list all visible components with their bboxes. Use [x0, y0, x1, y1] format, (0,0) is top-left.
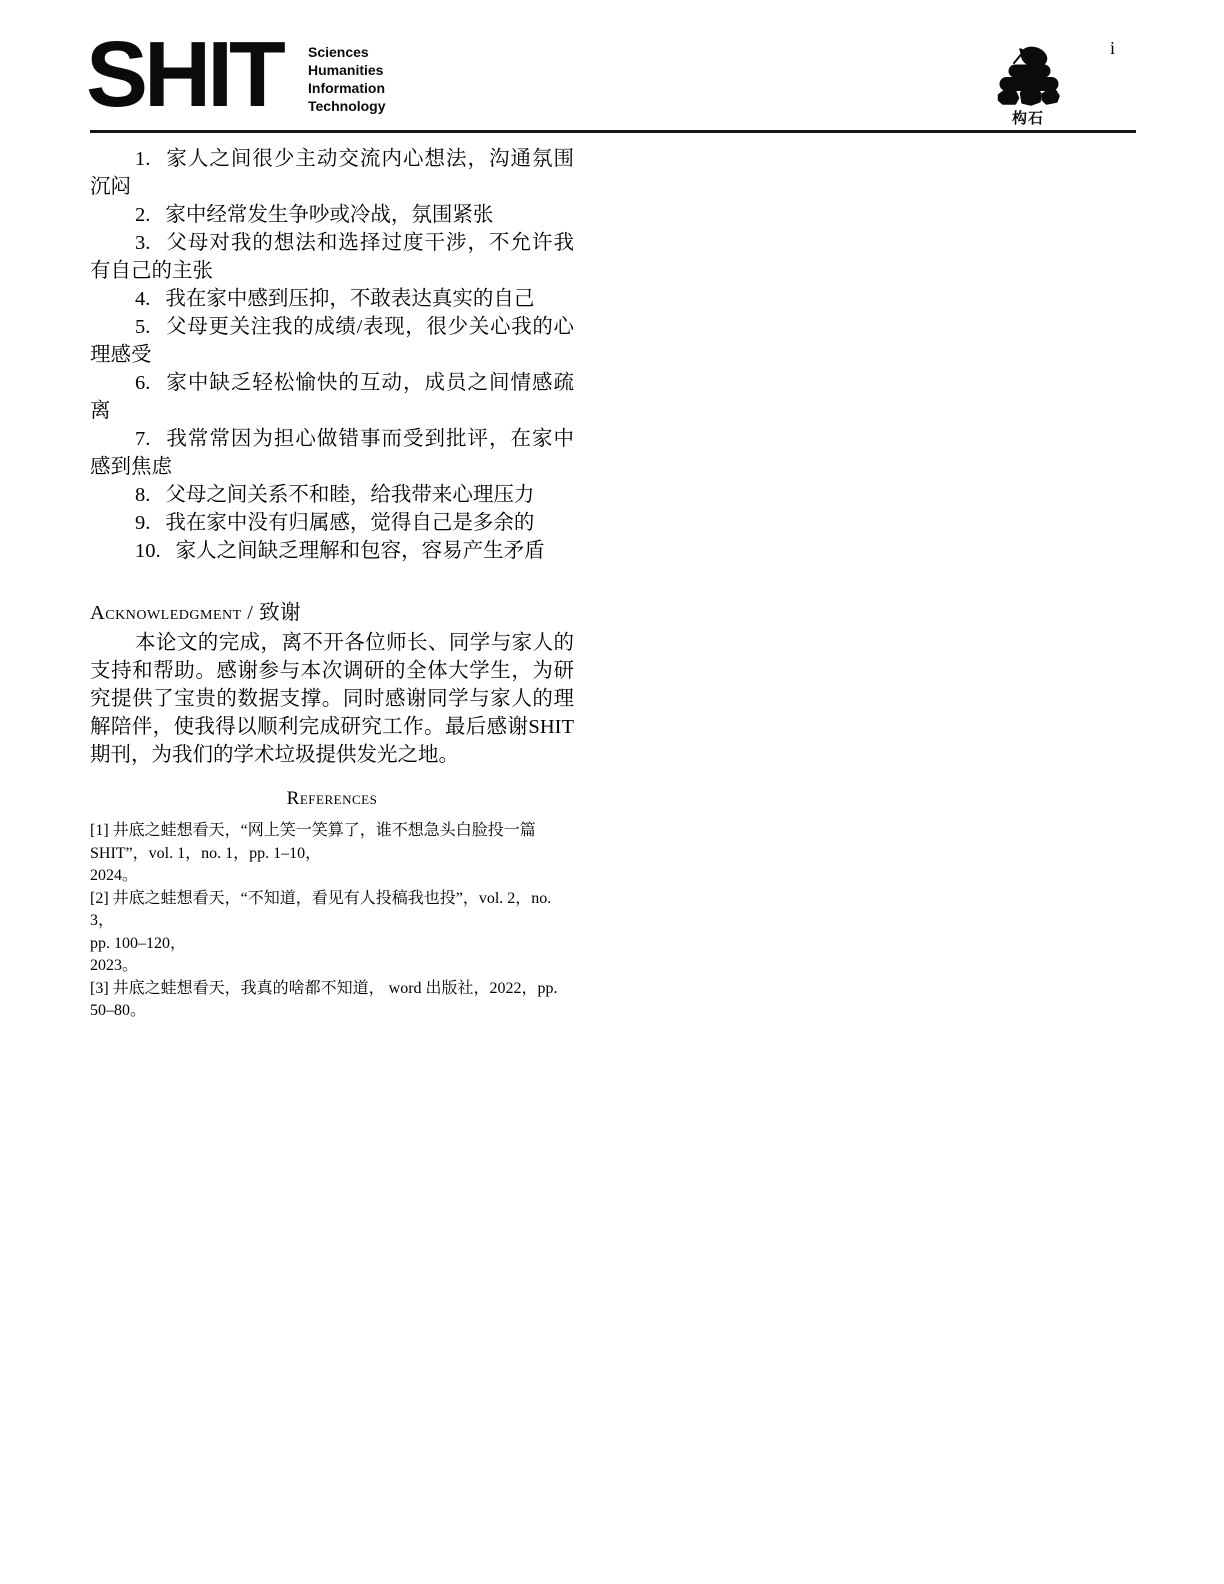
journal-subtitle: Sciences Humanities Information Technolo…	[308, 43, 386, 115]
list-item-text: 父母之间关系不和睦，给我带来心理压力	[165, 484, 534, 506]
list-item-text: 我常常因为担心做错事而受到批评，在家中感到焦虑	[90, 428, 574, 478]
list-item-6: 6.家中缺乏轻松愉快的互动，成员之间情感疏离	[90, 369, 574, 425]
list-item-1: 1.家人之间很少主动交流内心想法，沟通氛围沉闷	[90, 145, 574, 201]
list-item-number: 5.	[135, 316, 150, 338]
subtitle-line-humanities: Humanities	[308, 61, 386, 79]
reference-3-line: [3] 井底之蛙想看天，我真的啥都不知道， word 出版社，2022，pp.	[90, 978, 574, 1001]
list-item-text: 家中经常发生争吵或冷战，氛围紧张	[165, 204, 493, 226]
list-item-10: 10.家人之间缺乏理解和包容，容易产生矛盾	[90, 537, 574, 565]
reference-2-line: [2] 井底之蛙想看天，“不知道，看见有人投稿我也投”，vol. 2，no. 3…	[90, 888, 574, 933]
list-item-number: 8.	[135, 484, 150, 506]
reference-1-line: [1] 井底之蛙想看天，“网上笑一笑算了，谁不想急头白脸投一篇	[90, 820, 574, 843]
page-number: i	[1110, 38, 1115, 59]
list-item-number: 10.	[135, 540, 161, 562]
list-item-text: 家人之间缺乏理解和包容，容易产生矛盾	[176, 540, 545, 562]
journal-seal: 构石	[990, 46, 1066, 128]
list-item-7: 7.我常常因为担心做错事而受到批评，在家中感到焦虑	[90, 425, 574, 481]
rock-cairn-icon	[993, 46, 1063, 106]
subtitle-line-technology: Technology	[308, 97, 386, 115]
list-item-number: 2.	[135, 204, 150, 226]
subtitle-line-sciences: Sciences	[308, 43, 386, 61]
references-list: [1] 井底之蛙想看天，“网上笑一笑算了，谁不想急头白脸投一篇 SHIT”，vo…	[90, 820, 574, 1023]
list-item-number: 7.	[135, 428, 150, 450]
list-item-number: 6.	[135, 372, 150, 394]
list-item-number: 1.	[135, 148, 150, 170]
list-item-text: 我在家中感到压抑，不敢表达真实的自己	[165, 288, 534, 310]
list-item-4: 4.我在家中感到压抑，不敢表达真实的自己	[90, 285, 574, 313]
list-item-9: 9.我在家中没有归属感，觉得自己是多余的	[90, 509, 574, 537]
reference-3-line: 50–80。	[90, 1000, 574, 1023]
subtitle-line-information: Information	[308, 79, 386, 97]
header-rule	[90, 130, 1136, 133]
document-page: SHIT Sciences Humanities Information Tec…	[0, 0, 1224, 1584]
list-item-8: 8.父母之间关系不和睦，给我带来心理压力	[90, 481, 574, 509]
list-item-number: 4.	[135, 288, 150, 310]
list-item-number: 3.	[135, 232, 150, 254]
list-item-5: 5.父母更关注我的成绩/表现，很少关心我的心理感受	[90, 313, 574, 369]
list-item-text: 父母对我的想法和选择过度干涉，不允许我有自己的主张	[90, 232, 574, 282]
reference-1-line: 2024。	[90, 865, 574, 888]
acknowledgment-heading: Acknowledgment / 致谢	[90, 599, 574, 627]
list-item-3: 3.父母对我的想法和选择过度干涉，不允许我有自己的主张	[90, 229, 574, 285]
references-heading: References	[90, 785, 574, 813]
list-item-text: 父母更关注我的成绩/表现，很少关心我的心理感受	[90, 316, 574, 366]
list-item-text: 我在家中没有归属感，觉得自己是多余的	[165, 512, 534, 534]
reference-2-line: pp. 100–120，	[90, 933, 574, 956]
list-item-text: 家人之间很少主动交流内心想法，沟通氛围沉闷	[90, 148, 574, 198]
acknowledgment-body: 本论文的完成，离不开各位师长、同学与家人的支持和帮助。感谢参与本次调研的全体大学…	[90, 629, 574, 769]
reference-2-line: 2023。	[90, 955, 574, 978]
reference-1-line: SHIT”，vol. 1，no. 1，pp. 1–10，	[90, 843, 574, 866]
list-item-2: 2.家中经常发生争吵或冷战，氛围紧张	[90, 201, 574, 229]
list-item-text: 家中缺乏轻松愉快的互动，成员之间情感疏离	[90, 372, 574, 422]
left-column: 1.家人之间很少主动交流内心想法，沟通氛围沉闷 2.家中经常发生争吵或冷战，氛围…	[90, 145, 574, 1023]
seal-label: 构石	[990, 107, 1066, 128]
journal-logo: SHIT	[86, 28, 282, 121]
list-item-number: 9.	[135, 512, 150, 534]
